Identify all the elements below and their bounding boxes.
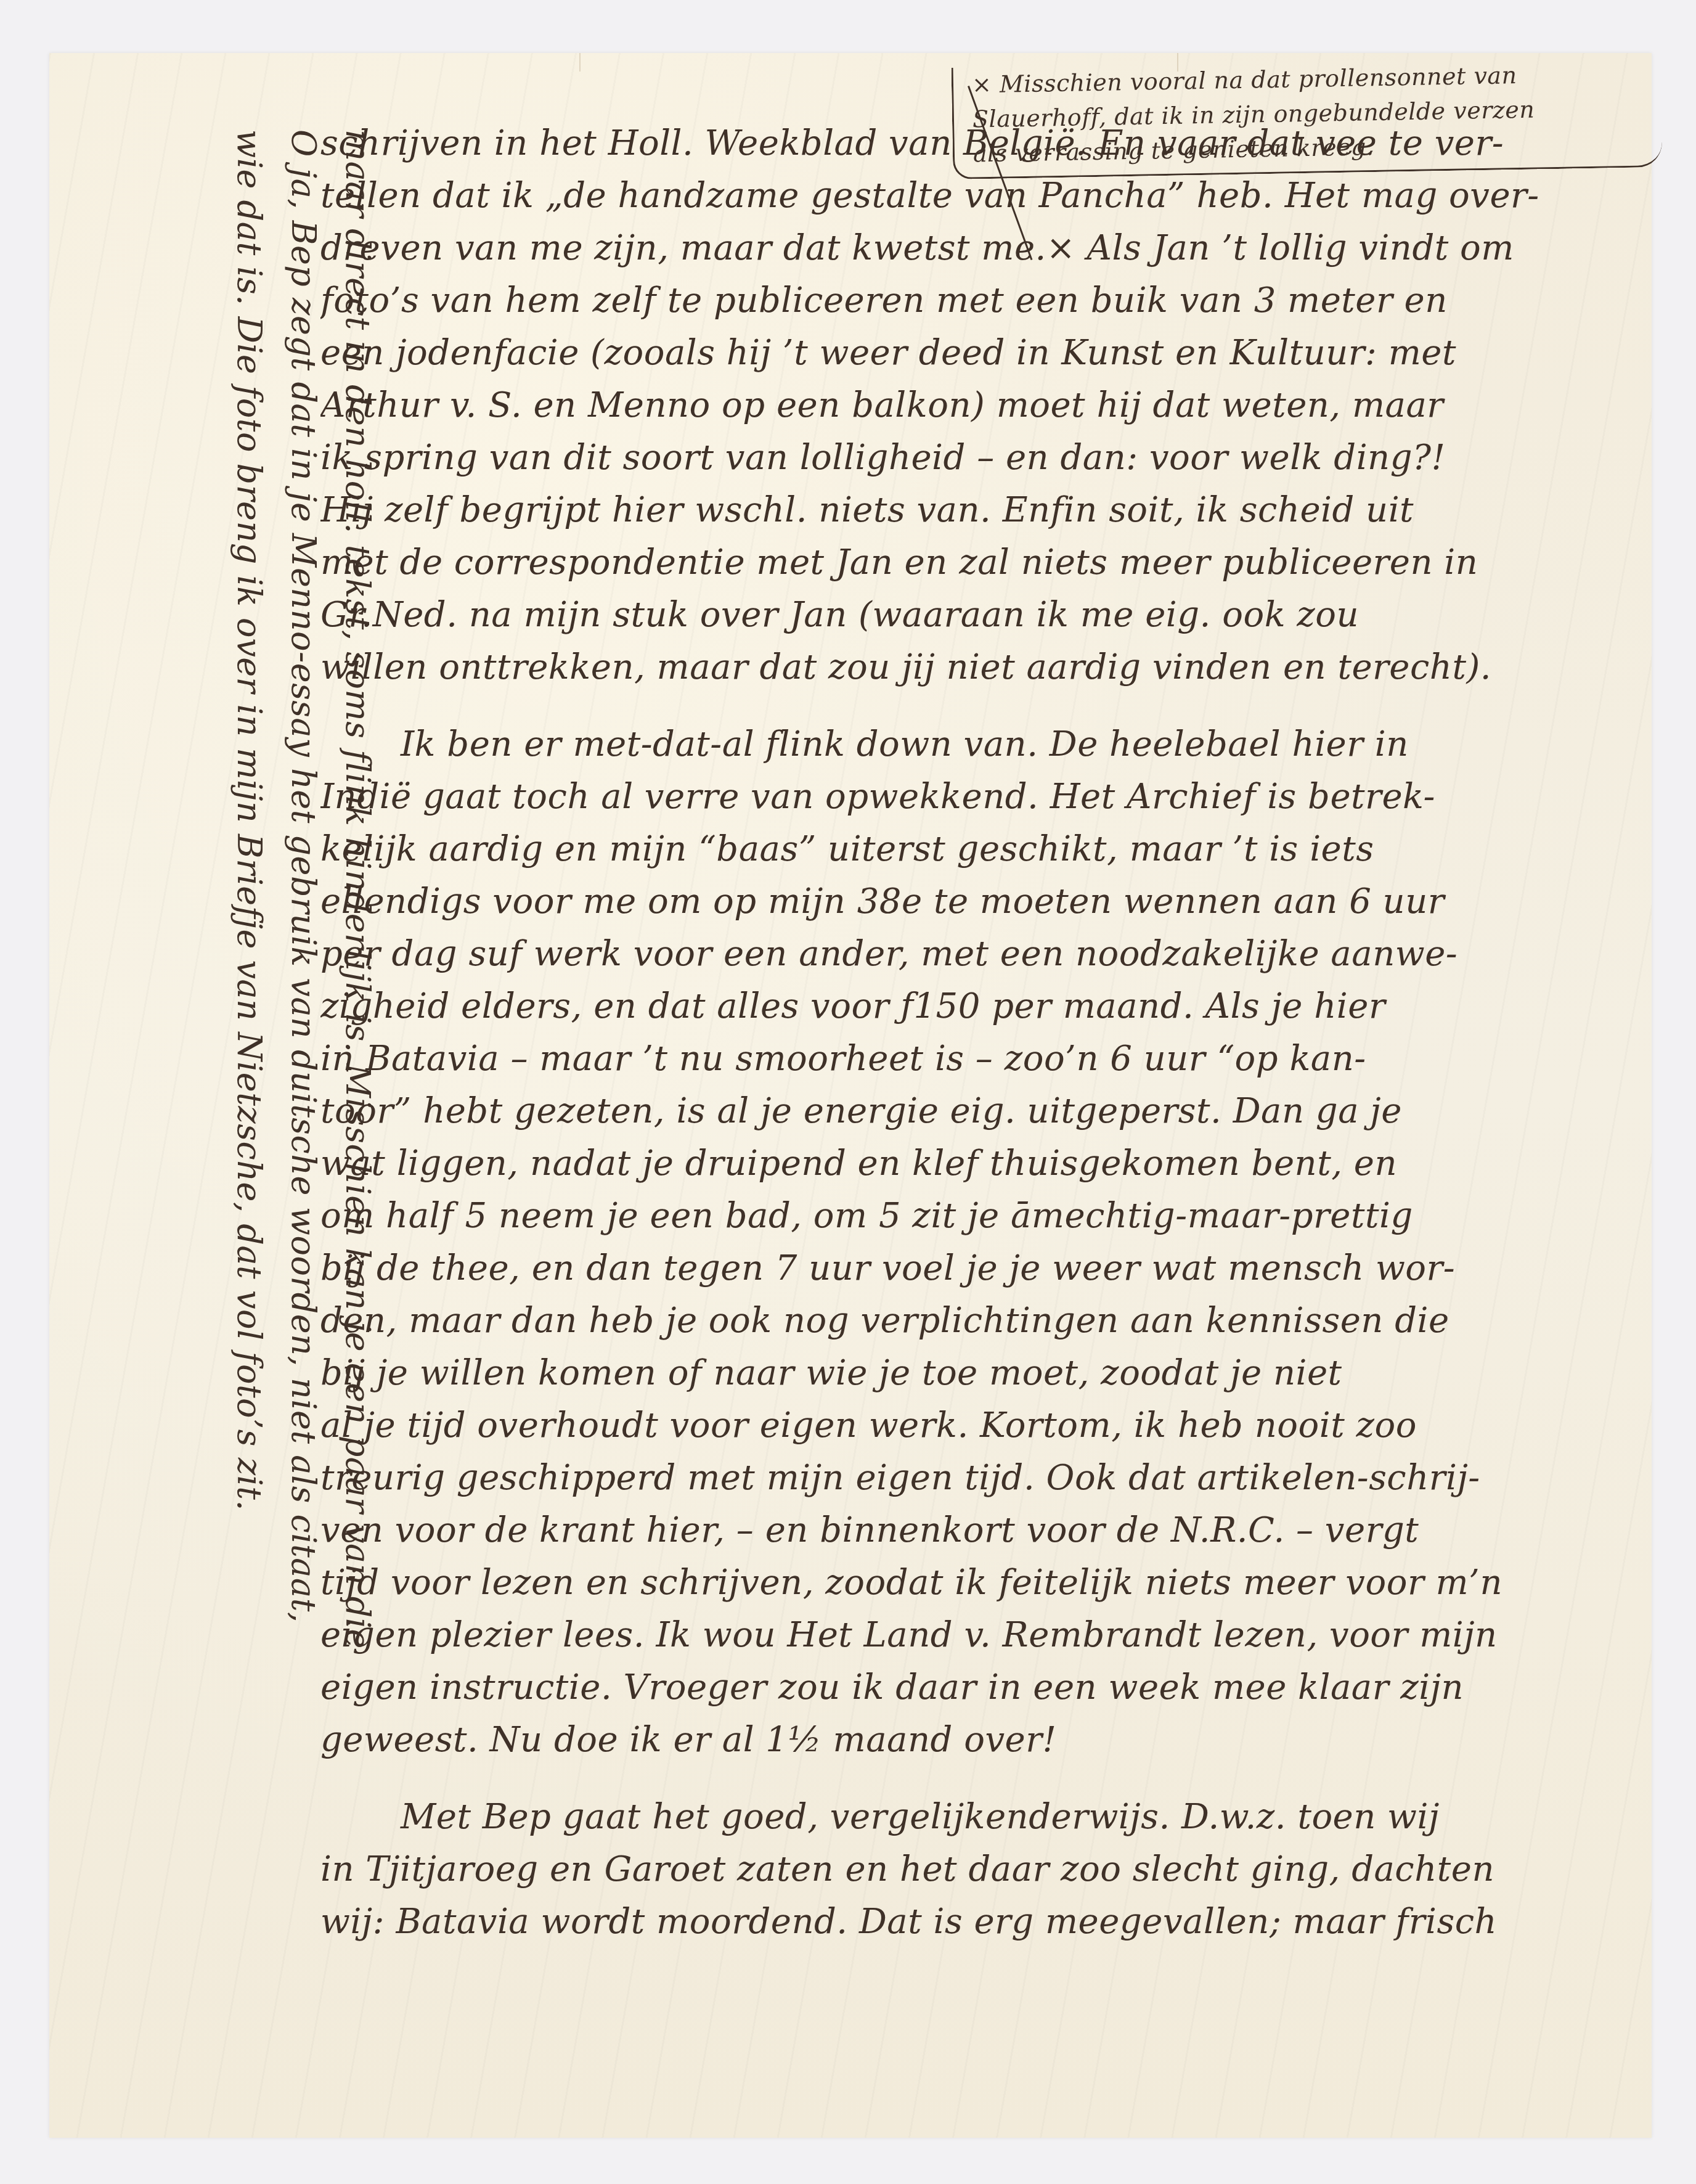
body-line: in Batavia – maar ’t nu smoorheet is – z…: [320, 1033, 1633, 1085]
body-line: per dag suf werk voor een ander, met een…: [320, 928, 1633, 980]
body-line: toor” hebt gezeten, is al je energie eig…: [320, 1085, 1633, 1137]
body-line: bij de thee, en dan tegen 7 uur voel je …: [320, 1242, 1633, 1294]
margin-line: maar direct in den holl. tekst, soms fli…: [330, 129, 385, 2102]
margin-line: O ja, Bep zegt dat in je Menno-essay het…: [276, 129, 330, 2102]
body-line: wat liggen, nadat je druipend en klef th…: [320, 1137, 1633, 1190]
body-line: ellendigs voor me om op mijn 38e te moet…: [320, 875, 1633, 928]
body-line: al je tijd overhoudt voor eigen werk. Ko…: [320, 1399, 1633, 1452]
body-line: geweest. Nu doe ik er al 1½ maand over!: [320, 1714, 1633, 1766]
body-line: ik spring van dit soort van lolligheid –…: [320, 431, 1633, 484]
body-line: foto’s van hem zelf te publiceeren met e…: [320, 274, 1633, 327]
body-line: willen onttrekken, maar dat zou jij niet…: [320, 641, 1633, 693]
body-line: Hij zelf begrijpt hier wschl. niets van.…: [320, 484, 1633, 536]
body-line: eigen instructie. Vroeger zou ik daar in…: [320, 1661, 1633, 1714]
fold-mark: [579, 53, 581, 72]
paragraph-start: Met Bep gaat het goed, vergelijkenderwij…: [320, 1791, 1633, 1843]
body-line: schrijven in het Holl. Weekblad van Belg…: [320, 117, 1633, 170]
body-line: met de correspondentie met Jan en zal ni…: [320, 536, 1633, 589]
body-line: wij: Batavia wordt moordend. Dat is erg …: [320, 1896, 1633, 1948]
body-line: in Tjitjaroeg en Garoet zaten en het daa…: [320, 1843, 1633, 1896]
body-line: ven voor de krant hier, – en binnenkort …: [320, 1504, 1633, 1556]
body-line: eigen plezier lees. Ik wou Het Land v. R…: [320, 1609, 1633, 1661]
body-line: dreven van me zijn, maar dat kwetst me.×…: [320, 222, 1633, 274]
body-line: Gr.Ned. na mijn stuk over Jan (waaraan i…: [320, 589, 1633, 641]
body-line: kelijk aardig en mijn “baas” uiterst ges…: [320, 823, 1633, 875]
body-line: zigheid elders, en dat alles voor ƒ150 p…: [320, 980, 1633, 1033]
margin-line: wie dat is. Die foto breng ik over in mi…: [222, 129, 276, 2102]
body-line: een jodenfacie (zooals hij ’t weer deed …: [320, 327, 1633, 379]
body-line: den, maar dan heb je ook nog verplichtin…: [320, 1294, 1633, 1347]
body-line: om half 5 neem je een bad, om 5 zit je ā…: [320, 1190, 1633, 1242]
letter-body: schrijven in het Holl. Weekblad van Belg…: [320, 117, 1633, 1948]
body-line: Indië gaat toch al verre van opwekkend. …: [320, 771, 1633, 823]
body-line: tijd voor lezen en schrijven, zoodat ik …: [320, 1556, 1633, 1609]
body-line: treurig geschipperd met mijn eigen tijd.…: [320, 1452, 1633, 1504]
body-line: bij je willen komen of naar wie je toe m…: [320, 1347, 1633, 1399]
paragraph-start: Ik ben er met-dat-al flink down van. De …: [320, 718, 1633, 771]
body-line: Arthur v. S. en Menno op een balkon) moe…: [320, 379, 1633, 431]
body-line: tellen dat ik „de handzame gestalte van …: [320, 170, 1633, 222]
margin-note-vertical: maar direct in den holl. tekst, soms fli…: [222, 129, 385, 2102]
